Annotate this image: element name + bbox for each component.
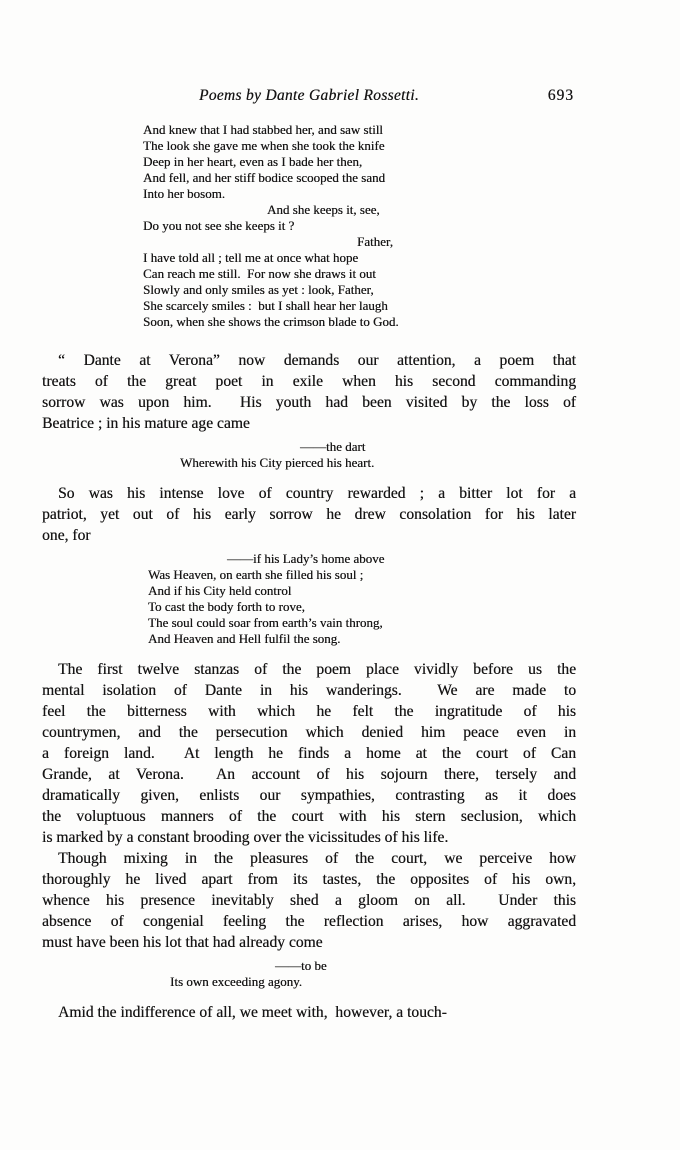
para-line: thoroughly he lived apart from its taste… — [42, 869, 576, 890]
para-line: feel the bitterness with which he felt t… — [42, 701, 576, 722]
quote-ladys-home: ——if his Lady’s home aboveWas Heaven, on… — [148, 551, 576, 647]
paragraph-though-mixing: Though mixing in the pleasures of the co… — [42, 848, 576, 953]
page-number: 693 — [548, 86, 574, 106]
para-line: dramatically given, enlists our sympathi… — [42, 785, 576, 806]
quote-line: Wherewith his City pierced his heart. — [180, 455, 576, 471]
page-content: Poems by Dante Gabriel Rossetti. 693 And… — [42, 86, 576, 1023]
quote-line: Its own exceeding agony. — [170, 974, 576, 990]
quote-to-be: ——to beIts own exceeding agony. — [170, 958, 576, 990]
para-line: “ Dante at Verona” now demands our atten… — [42, 350, 576, 371]
para-line: treats of the great poet in exile when h… — [42, 371, 576, 392]
book-page: Poems by Dante Gabriel Rossetti. 693 And… — [0, 0, 680, 1150]
text-blocks: And knew that I had stabbed her, and saw… — [42, 122, 576, 1023]
para-line: a foreign land. At length he finds a hom… — [42, 743, 576, 764]
quote-line: The soul could soar from earth’s vain th… — [148, 615, 576, 631]
para-line: Beatrice ; in his mature age came — [42, 413, 576, 434]
paragraph-amid-indifference: Amid the indifference of all, we meet wi… — [42, 1002, 576, 1023]
para-line: mental isolation of Dante in his wanderi… — [42, 680, 576, 701]
para-line: So was his intense love of country rewar… — [42, 483, 576, 504]
poem-excerpt-knife: And knew that I had stabbed her, and saw… — [143, 122, 576, 330]
para-line: The first twelve stanzas of the poem pla… — [42, 659, 576, 680]
quote-line: And if his City held control — [148, 583, 576, 599]
quote-line: To cast the body forth to rove, — [148, 599, 576, 615]
quote-the-dart: ——the dartWherewith his City pierced his… — [180, 439, 576, 471]
verse-line: Father, — [143, 234, 576, 250]
verse-line: Soon, when she shows the crimson blade t… — [143, 314, 576, 330]
quote-line: ——if his Lady’s home above — [148, 551, 576, 567]
para-line: whence his presence inevitably shed a gl… — [42, 890, 576, 911]
para-line: patriot, yet out of his early sorrow he … — [42, 504, 576, 525]
verse-line: Into her bosom. — [143, 186, 576, 202]
verse-line: The look she gave me when she took the k… — [143, 138, 576, 154]
quote-line: And Heaven and Hell fulfil the song. — [148, 631, 576, 647]
para-line: countrymen, and the persecution which de… — [42, 722, 576, 743]
verse-line: And fell, and her stiff bodice scooped t… — [143, 170, 576, 186]
para-line: sorrow was upon him. His youth had been … — [42, 392, 576, 413]
verse-line: I have told all ; tell me at once what h… — [143, 250, 576, 266]
quote-line: ——the dart — [180, 439, 576, 455]
para-line: Though mixing in the pleasures of the co… — [42, 848, 576, 869]
running-title: Poems by Dante Gabriel Rossetti. — [42, 86, 576, 106]
para-line: one, for — [42, 525, 576, 546]
paragraph-dante-at-verona: “ Dante at Verona” now demands our atten… — [42, 350, 576, 434]
verse-line: She scarcely smiles : but I shall hear h… — [143, 298, 576, 314]
page-header: Poems by Dante Gabriel Rossetti. 693 — [42, 86, 576, 106]
paragraph-love-of-country: So was his intense love of country rewar… — [42, 483, 576, 546]
verse-line: Slowly and only smiles as yet : look, Fa… — [143, 282, 576, 298]
para-line: Grande, at Verona. An account of his soj… — [42, 764, 576, 785]
para-line: must have been his lot that had already … — [42, 932, 576, 953]
verse-line: And she keeps it, see, — [143, 202, 576, 218]
quote-line: Was Heaven, on earth she filled his soul… — [148, 567, 576, 583]
verse-line: And knew that I had stabbed her, and saw… — [143, 122, 576, 138]
para-line: absence of congenial feeling the reflect… — [42, 911, 576, 932]
paragraph-first-twelve-stanzas: The first twelve stanzas of the poem pla… — [42, 659, 576, 848]
verse-line: Deep in her heart, even as I bade her th… — [143, 154, 576, 170]
para-line: Amid the indifference of all, we meet wi… — [42, 1002, 576, 1023]
para-line: the voluptuous manners of the court with… — [42, 806, 576, 827]
verse-line: Can reach me still. For now she draws it… — [143, 266, 576, 282]
para-line: is marked by a constant brooding over th… — [42, 827, 576, 848]
verse-line: Do you not see she keeps it ? — [143, 218, 576, 234]
quote-line: ——to be — [170, 958, 576, 974]
